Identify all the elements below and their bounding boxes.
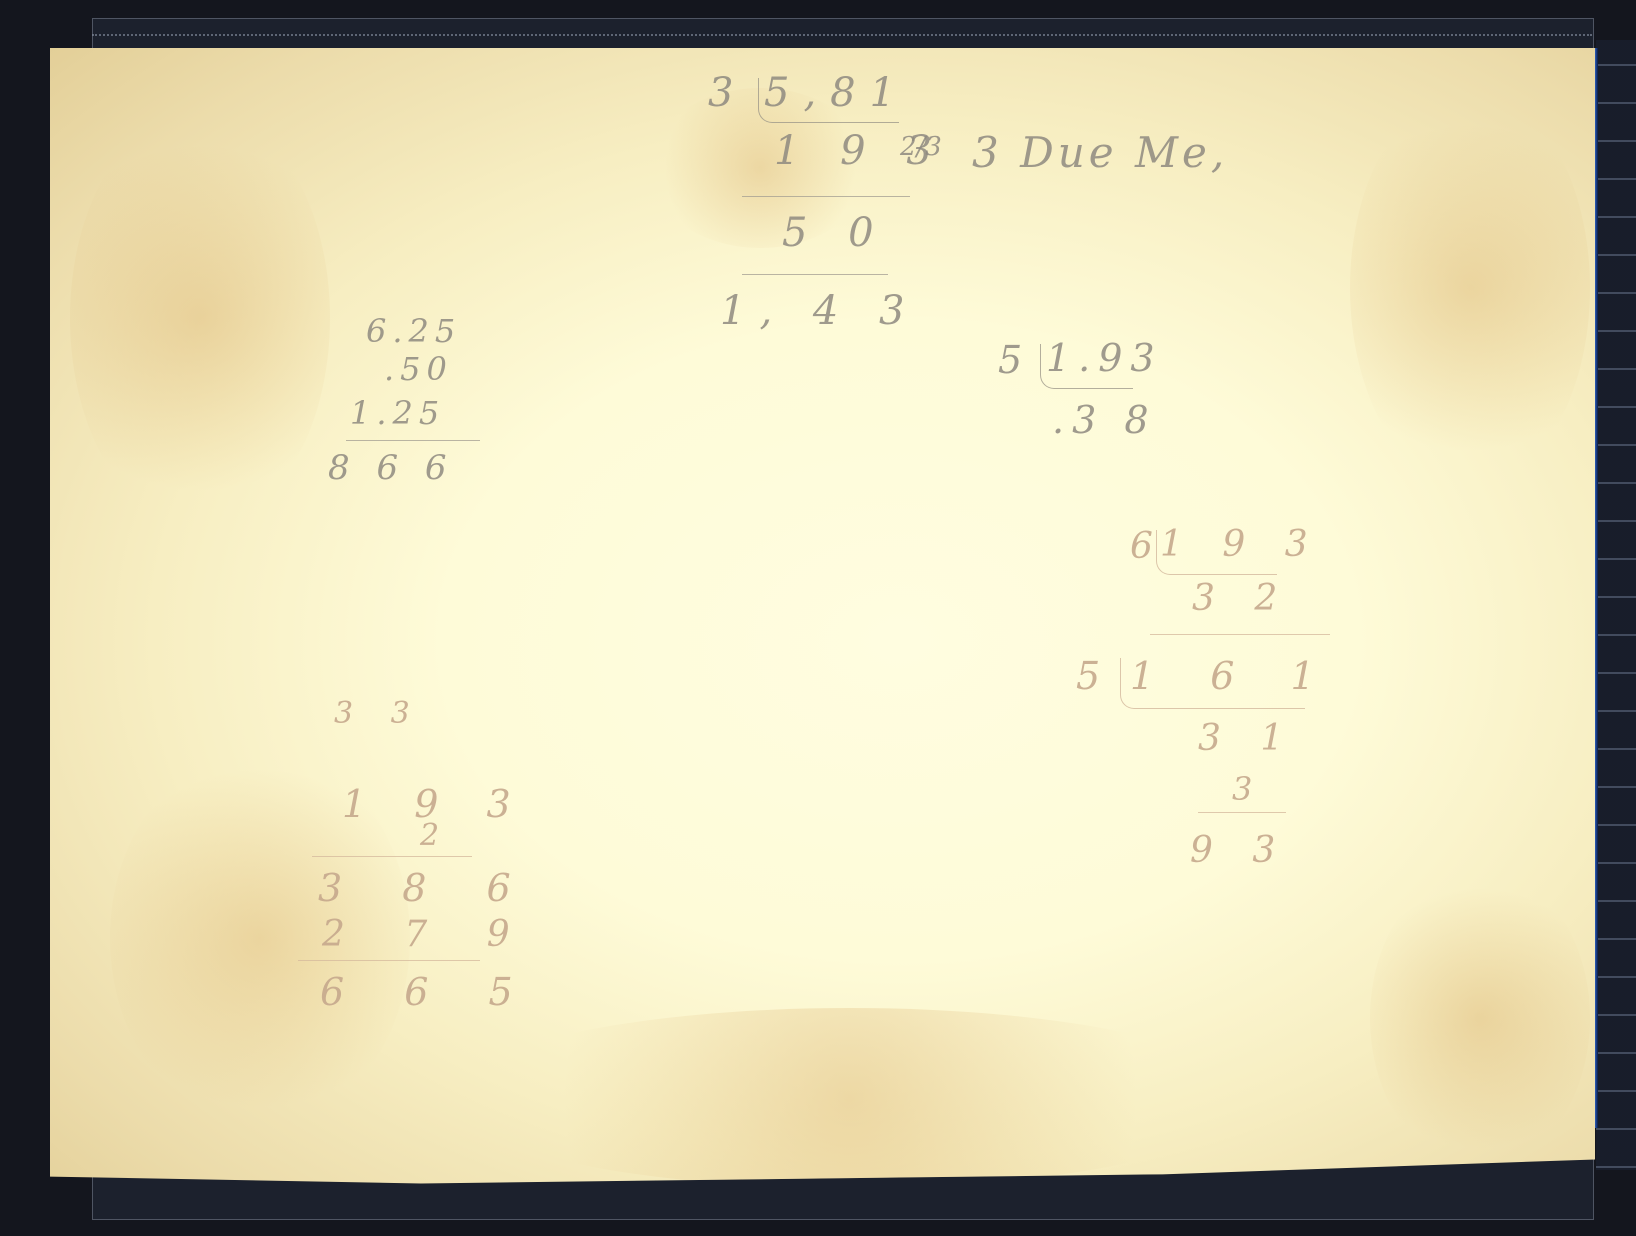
top-result: 1, 4 3 <box>720 288 919 334</box>
add-line-3: 1.25 <box>350 394 445 432</box>
foxing-stain <box>450 1008 1250 1188</box>
rule <box>346 440 480 441</box>
right-dividend-1: 1 9 3 <box>1160 524 1322 565</box>
add-line-2: .50 <box>384 350 453 388</box>
product: 3 8 6 <box>318 866 535 910</box>
rule <box>312 856 472 857</box>
right-divisor-2: 5 <box>1076 654 1118 698</box>
addend: 2 7 9 <box>322 914 534 955</box>
sleeve-seam <box>92 20 1592 36</box>
foxing-stain <box>1350 88 1590 488</box>
rule <box>1198 812 1286 813</box>
stray-digits: 3 3 <box>334 696 424 731</box>
due-me-note: 3 Due Me, <box>972 128 1228 177</box>
right-quotient-2: 3 1 <box>1198 718 1297 759</box>
right-result: 9 3 <box>1190 830 1289 871</box>
top-fraction: 2/3 <box>900 132 942 162</box>
right-quotient-1: 3 2 <box>1192 578 1291 619</box>
top-subtract: 5 0 <box>782 210 888 256</box>
total: 6 6 5 <box>320 970 537 1014</box>
rule <box>742 274 888 275</box>
foxing-stain <box>1370 868 1590 1168</box>
rule <box>742 196 910 197</box>
right-carry: 3 <box>1232 770 1266 808</box>
foxing-stain <box>70 108 330 528</box>
right-dividend-2: 1 6 1 <box>1130 654 1337 698</box>
rule <box>1150 634 1330 635</box>
mid-dividend: 1.93 <box>1046 336 1163 380</box>
multiplier: 2 <box>420 818 453 853</box>
rule <box>298 960 480 961</box>
add-line-1: 6.25 <box>366 312 461 350</box>
mid-quotient: .3 8 <box>1052 398 1157 442</box>
top-divisor: 3 <box>708 70 747 116</box>
binder-strip <box>1596 40 1636 1170</box>
add-total: 8 6 6 <box>328 448 455 488</box>
mid-divisor: 5 <box>998 338 1036 382</box>
top-dividend: 5,81 <box>764 70 909 116</box>
